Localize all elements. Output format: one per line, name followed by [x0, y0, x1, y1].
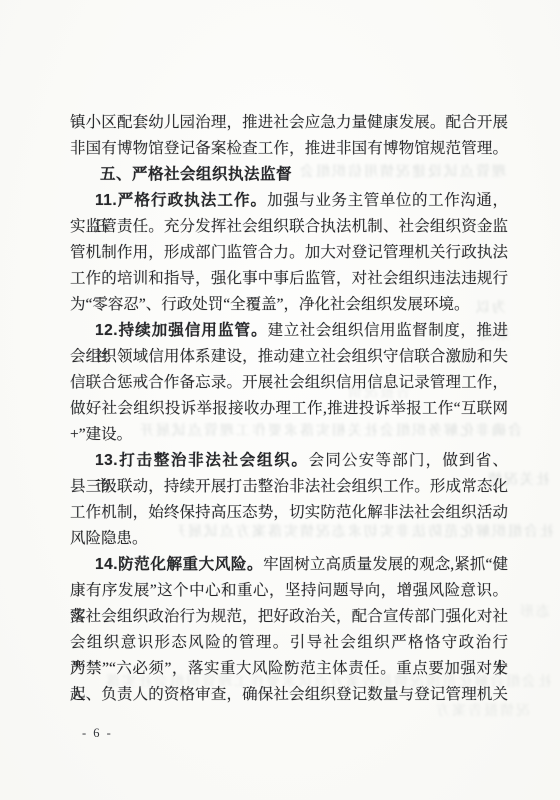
body-line: 县三级联动，持续开展打击整治非法社会组织工作。形成常态化: [70, 474, 508, 500]
paragraph-first-line: 13.打击整治非法社会组织。会同公安等部门，做到省、市、: [70, 448, 508, 474]
paragraph-first-line: 11.严格行政执法工作。加强与业务主管单位的工作沟通，压: [70, 188, 508, 214]
body-line: 会组织意识形态风险的管理。引导社会组织严格恪守政治行为“十: [70, 630, 508, 656]
paragraph-first-line: 14.防范化解重大风险。牢固树立高质量发展的观念,紧抓“健: [70, 552, 508, 578]
document-page: 理管点试设建况情用信织组会社 为以 果成 告报况情 合确非化解务织组会社关相实落…: [0, 0, 560, 800]
body-line: 镇小区配套幼儿园治理，推进社会应急力量健康发展。配合开展: [70, 110, 508, 136]
body-line: 人、负责人的资格审查，确保社会组织登记数量与登记管理机关: [70, 682, 508, 708]
body-line: 为“零容忍”、行政处罚“全覆盖”，净化社会组织发展环境。: [70, 292, 508, 318]
body-line: 严禁”“六必须”，落实重大风险防范主体责任。重点要加强对发起: [70, 656, 508, 682]
body-line: 风险隐患。: [70, 526, 508, 552]
paragraph-first-line: 12.持续加强信用监管。建立社会组织信用监督制度，推进社: [70, 318, 508, 344]
body-line: 管机制作用，形成部门监管合力。加大对登记管理机关行政执法: [70, 240, 508, 266]
body-line: 工作的培训和指导，强化事中事后监管，对社会组织违法违规行: [70, 266, 508, 292]
body-line: 做好社会组织投诉举报接收办理工作,推进投诉举报工作“互联网: [70, 396, 508, 422]
body-line: 工作机制，始终保持高压态势，切实防范化解非法社会组织活动: [70, 500, 508, 526]
body-line: 实社会组织政治行为规范，把好政治关，配合宣传部门强化对社: [70, 604, 508, 630]
body-line: 信联合惩戒合作备忘录。开展社会组织信用信息记录管理工作，: [70, 370, 508, 396]
body-line: 非国有博物馆登记备案检查工作，推进非国有博物馆规范管理。: [70, 136, 508, 162]
body-line: +”建设。: [70, 422, 508, 448]
body-line: 康有序发展”这个中心和重心，坚持问题导向，增强风险意识。落: [70, 578, 508, 604]
body-line: 实监管责任。充分发挥社会组织联合执法机制、社会组织资金监: [70, 214, 508, 240]
section-heading: 五、严格社会组织执法监督: [70, 162, 508, 188]
body-line: 会组织领域信用体系建设，推动建立社会组织守信联合激励和失: [70, 344, 508, 370]
document-text-block: 镇小区配套幼儿园治理，推进社会应急力量健康发展。配合开展 非国有博物馆登记备案检…: [70, 110, 508, 708]
page-number: - 6 -: [82, 726, 113, 741]
